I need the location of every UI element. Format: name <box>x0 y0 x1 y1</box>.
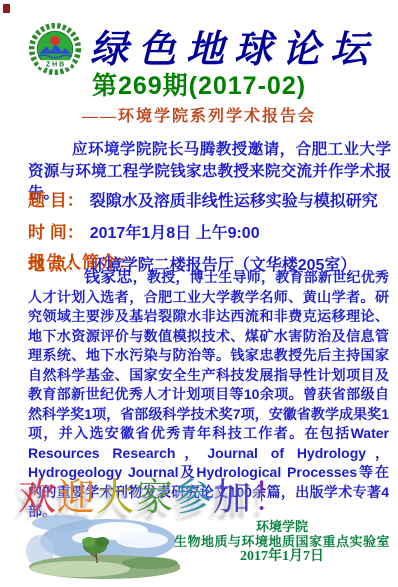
time-label: 时 间： <box>28 223 84 242</box>
footer-org-1: 环境学院 <box>168 519 396 534</box>
footer-signature: 环境学院 生物地质与环境地质国家重点实验室 2017年1月7日 <box>168 519 396 565</box>
landscape-clipart <box>20 511 180 583</box>
footer-date: 2017年1月7日 <box>168 549 396 565</box>
speaker-name: 钱家忠 <box>84 269 133 286</box>
time-value: 2017年1月8日 上午9:00 <box>90 225 260 242</box>
footer-org-2: 生物地质与环境地质国家重点实验室 <box>168 534 396 549</box>
time-line: 时 间：2017年1月8日 上午9:00 <box>28 218 388 243</box>
topic-label: 题 目： <box>28 191 84 210</box>
issue-number: 第269期(2017-02) <box>0 66 398 102</box>
welcome-char: ！ <box>252 477 291 519</box>
corner-mark <box>3 4 10 13</box>
topic-value: 裂隙水及溶质非线性运移实验与模拟研究 <box>90 193 378 210</box>
forum-title: 绿色地球论坛 <box>90 18 378 73</box>
seminar-poster: Z H B 绿色地球论坛 第269期(2017-02) ——环境学院系列学术报告… <box>0 0 398 587</box>
series-subtitle: ——环境学院系列学术报告会 <box>0 103 398 126</box>
welcome-char: 加 <box>213 477 252 519</box>
topic-line: 题 目：裂隙水及溶质非线性运移实验与模拟研究 <box>28 186 388 211</box>
